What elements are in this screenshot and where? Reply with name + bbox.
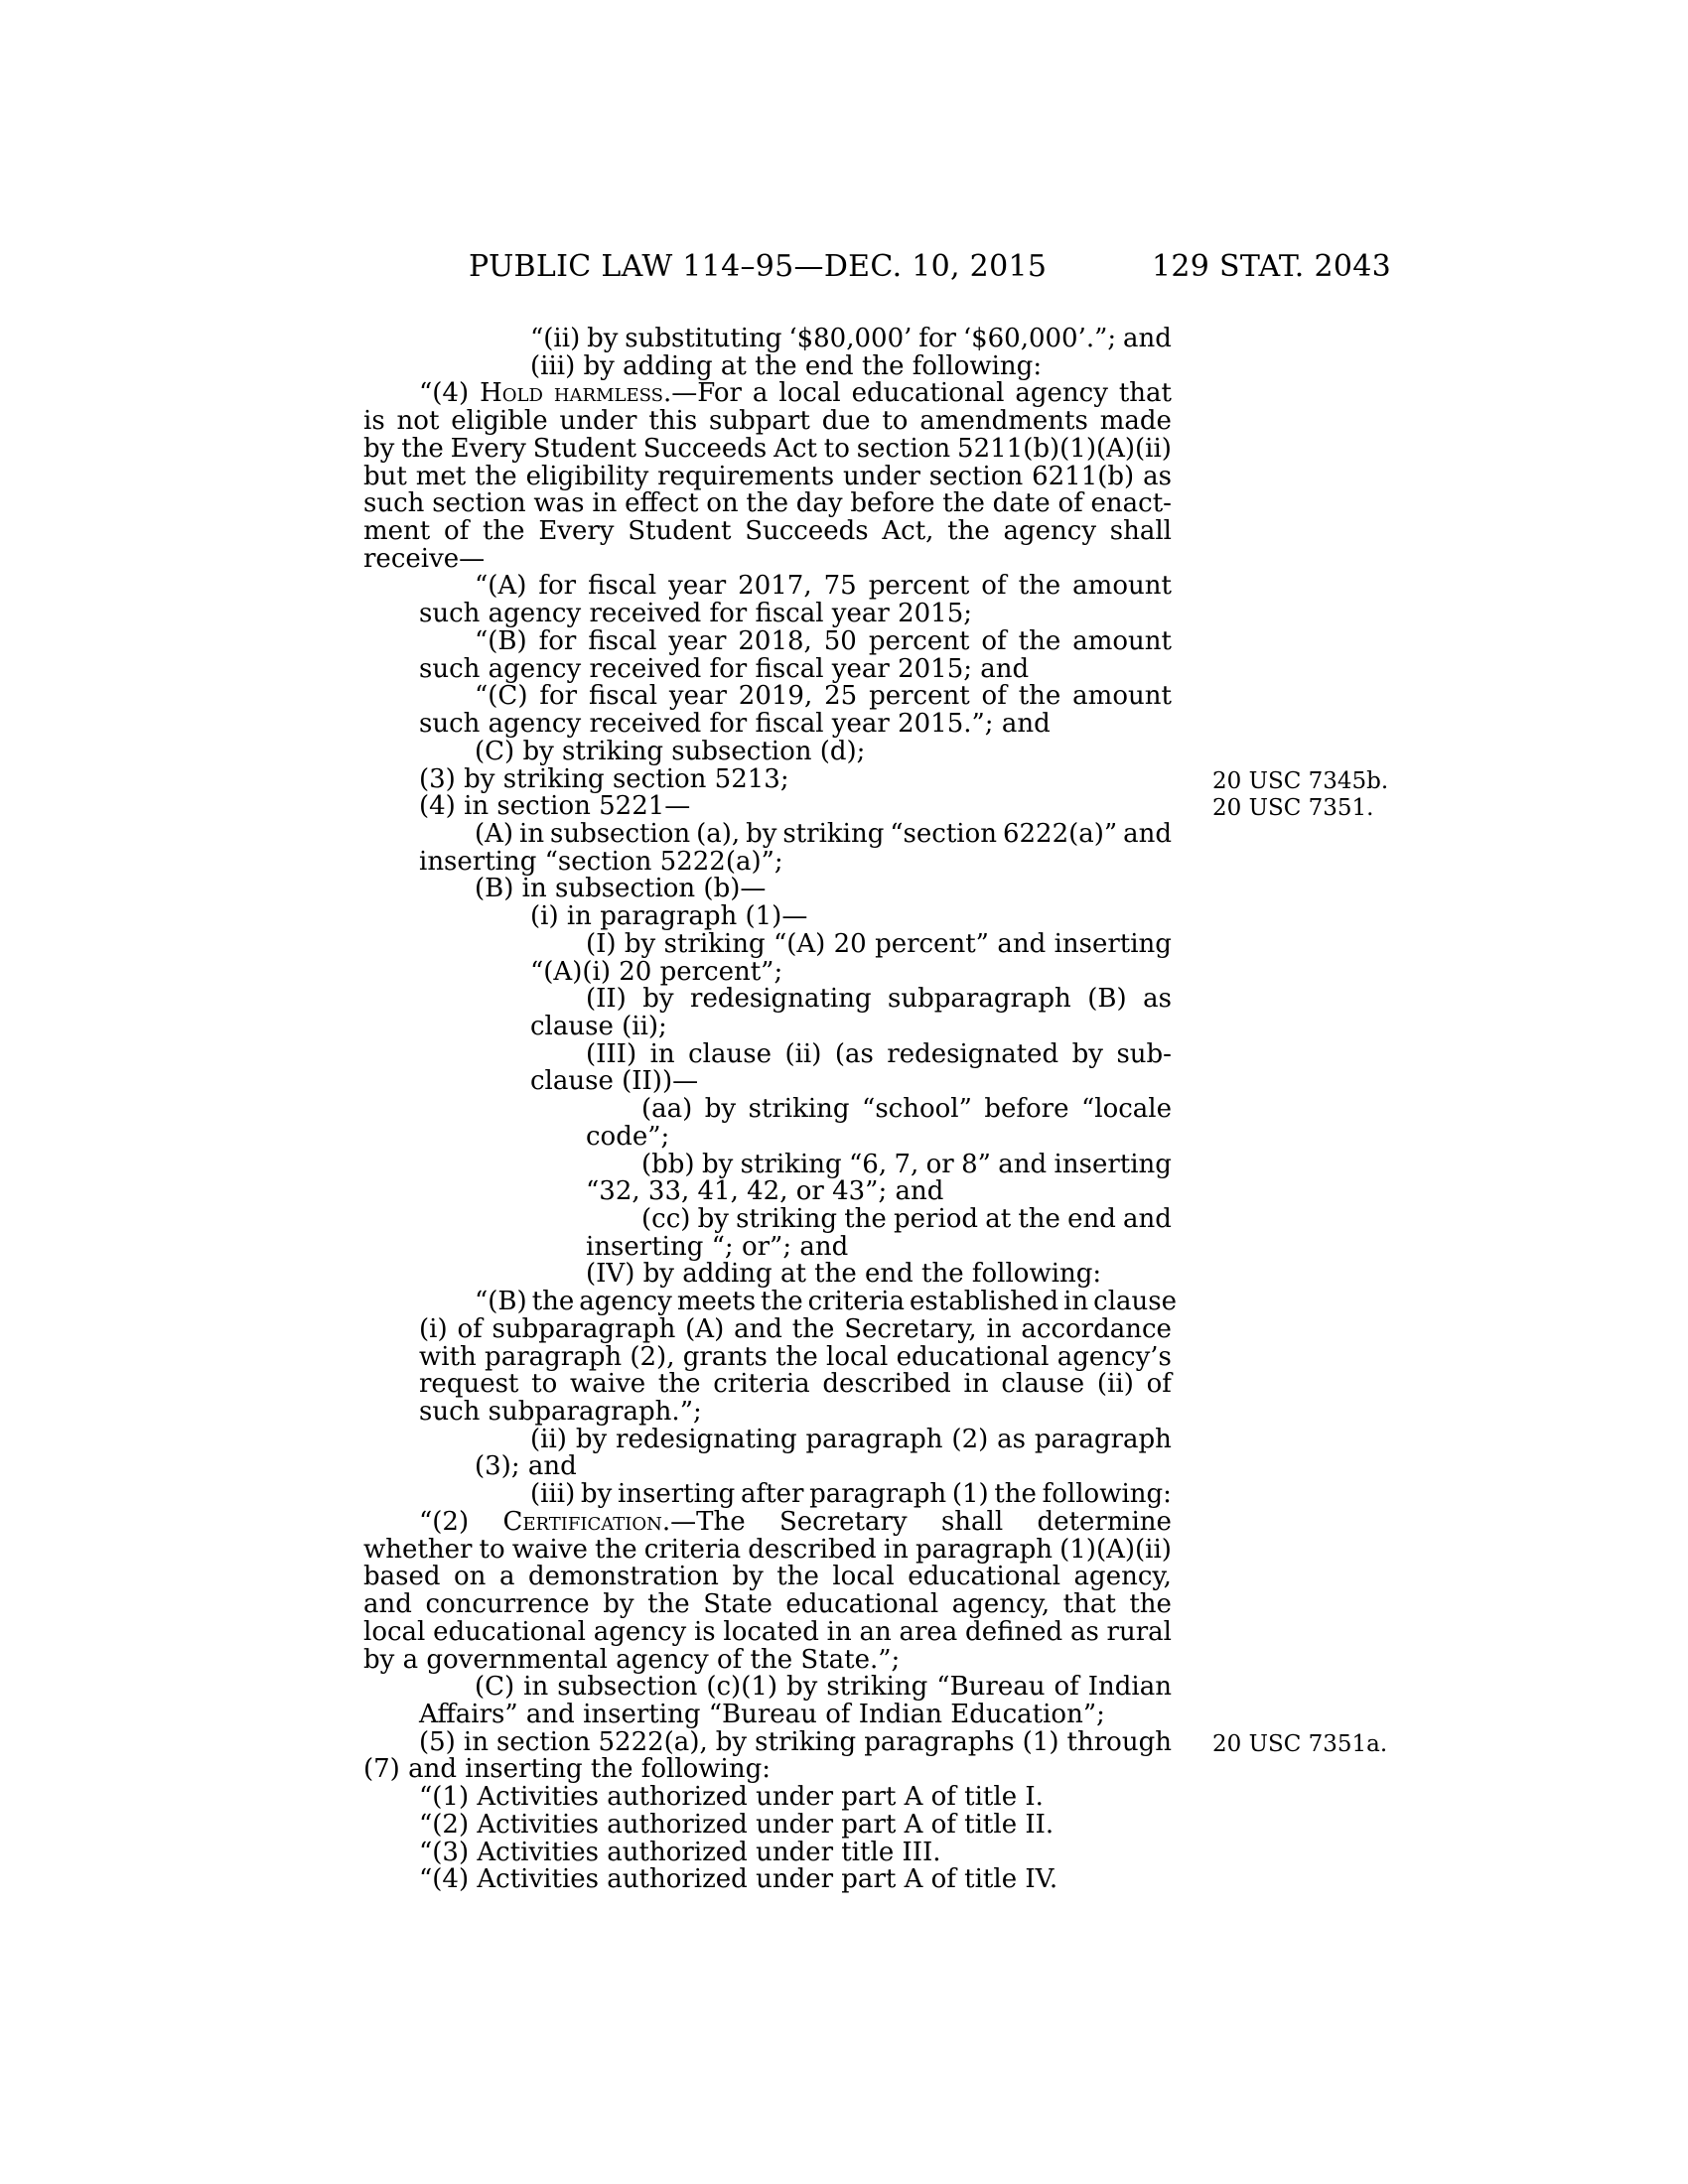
statute-word: Indian [1088,1674,1172,1702]
statute-line: “(B)forfiscalyear2018,50percentoftheamou… [363,628,1172,656]
statute-word: of [1054,1674,1078,1702]
statute-word: “(A) [475,573,526,601]
statute-word: agency [1015,380,1108,408]
statute-word: amount [1072,628,1172,656]
statute-word: (ii) [530,1427,567,1454]
statute-word: determine [1038,1509,1172,1537]
statute-word: a [499,1564,515,1591]
statute-word: educational [852,380,1005,408]
statute-word: substituting [625,326,781,353]
statute-line: “(A)(i) 20 percent”; [363,959,1172,987]
statute-word: Every [538,518,614,546]
statute-word: and [997,931,1046,959]
statute-word: 50 [824,628,857,656]
statute-word: percent [869,683,970,711]
statute-word: shall [941,1509,1003,1537]
statute-word: the [775,1344,818,1372]
statute-word: (aa) [641,1096,692,1124]
statute-word: (I) [586,931,617,959]
statute-page: PUBLIC LAW 114–95—DEC. 10, 2015 129 STAT… [0,0,1688,2184]
statute-word: agency’s [1057,1344,1172,1372]
margin-note-usc-citation: 20 USC 7351a. [1212,1732,1387,1757]
statute-line: (i)ofsubparagraph(A)andtheSecretary,inac… [363,1316,1172,1344]
statute-word: enact- [1091,490,1172,518]
statute-word: inserting [1055,1152,1172,1179]
statute-word: of [981,573,1006,601]
statute-line: “(A)forfiscalyear2017,75percentoftheamou… [363,573,1172,601]
statute-line: “(4)Holdharmless.—Foralocaleducationalag… [363,380,1172,408]
statute-line: “(2)Certification.—TheSecretaryshalldete… [363,1509,1172,1537]
statute-word: and [734,1316,782,1344]
statute-word: striking [782,821,884,849]
statute-word: in [592,490,617,518]
statute-word: 5211(b)(1)(A)(ii) [957,436,1172,464]
statute-word: through [1067,1729,1172,1757]
statute-word: agency [1004,518,1097,546]
statute-word: “(C) [475,683,527,711]
statute-word: (c)(1) [706,1674,777,1702]
statute-word: fiscal [588,628,656,656]
statute-word: and [1123,326,1172,353]
statute-word: 25 [824,683,857,711]
statute-line: isnoteligibleunderthissubpartduetoamendm… [363,408,1172,436]
statute-line: “(B)theagencymeetsthecriteriaestablished… [363,1289,1172,1316]
statute-word: striking [736,1206,837,1234]
statute-word: striking [741,1152,842,1179]
statute-word: Student [533,436,636,464]
statute-word: local [826,1344,888,1372]
statute-word: subsection [550,821,690,849]
statute-word: paragraph [809,1481,946,1509]
statute-word: after [741,1481,803,1509]
statute-word: for [539,628,577,656]
statute-line: (IV) by adding at the end the following: [363,1261,1172,1289]
statute-word: section [432,490,525,518]
statute-word: (1) [952,1481,989,1509]
statute-word: (C) [475,1674,514,1702]
statute-word: of [1057,490,1082,518]
statute-word: subparagraph [492,1316,676,1344]
statute-word: section [857,436,950,464]
statute-line: Affairs” and inserting “Bureau of Indian… [363,1702,1172,1729]
statute-word: in [650,1041,675,1069]
statute-word: grants [683,1344,768,1372]
statute-word: year [669,683,727,711]
statute-word: in [986,1316,1011,1344]
statute-word: an [859,1619,891,1647]
statute-word: the [746,490,788,518]
statute-word: under [843,464,920,491]
statute-word: by [746,821,776,849]
statute-word: by [603,1591,633,1619]
statute-word: in [1063,1289,1088,1316]
statute-word: this [648,408,697,436]
statute-word: harmless.—For [554,380,742,408]
statute-word: the [647,1591,690,1619]
statute-word: by [587,326,618,353]
statute-word: 7, [894,1152,918,1179]
statute-word: inserting [1055,931,1172,959]
statute-word: in [523,1674,548,1702]
statute-word: fiscal [589,683,657,711]
statute-line: (III)inclause(ii)(asredesignatedbysub- [363,1041,1172,1069]
statute-line: (cc)bystrikingtheperiodattheendand [363,1206,1172,1234]
statute-word: (i) [419,1316,448,1344]
statute-line: basedonademonstrationbythelocaleducation… [363,1564,1172,1591]
statute-word: amount [1072,683,1172,711]
statute-word: of [444,518,469,546]
statute-word: not [397,408,440,436]
statute-word: of [1147,1371,1172,1399]
statute-word: educational [433,1619,586,1647]
statute-word: 2019, [739,683,812,711]
statute-word: as [1143,464,1172,491]
statute-word: defined [965,1619,1062,1647]
statute-word: Secretary [779,1509,908,1537]
statute-word: the [483,518,525,546]
statute-word: and [1123,1206,1172,1234]
statute-word: 6222(a)” [1003,821,1117,849]
statute-word: the [401,436,444,464]
statute-word: or [926,1152,954,1179]
statute-word: fiscal [588,573,656,601]
statute-word: the [792,1316,835,1344]
running-head-law-title: PUBLIC LAW 114–95—DEC. 10, 2015 [469,249,1047,284]
statute-word: date [993,490,1051,518]
statute-word: the [1019,683,1061,711]
statute-word: inserting [618,1481,735,1509]
statute-line: (4) in section 5221— [363,793,1172,821]
statute-word: agency, [1074,1564,1172,1591]
statute-line: inserting “section 5222(a)”; [363,849,1172,877]
statute-word: in [884,1537,909,1565]
statute-word: as [1070,1619,1099,1647]
statute-word: to [882,408,908,436]
statute-line: such agency received for fiscal year 201… [363,601,1172,628]
statute-word: such [363,490,424,518]
statute-word: “(4) [419,380,469,408]
statute-line: (aa)bystriking“school”before“locale [363,1096,1172,1124]
statute-word: eligible [451,408,547,436]
statute-word: shall [1110,518,1172,546]
statute-line: withparagraph(2),grantsthelocaleducation… [363,1344,1172,1372]
statute-word: subpart [709,408,810,436]
statute-line: such subparagraph.”; [363,1399,1172,1427]
statute-word: by [705,1096,736,1124]
statute-word: met [416,464,467,491]
statute-line: “(ii)bysubstituting‘$80,000’for‘$60,000’… [363,326,1172,353]
statute-line: (I)bystriking“(A)20percent”andinserting [363,931,1172,959]
statute-line: “(2) Activities authorized under part A … [363,1812,1172,1840]
statute-word: but [363,464,407,491]
statute-word: by [702,1152,733,1179]
statute-word: Every [451,436,526,464]
statute-word: (2), [630,1344,674,1372]
statute-line: “(C)forfiscalyear2019,25percentoftheamou… [363,683,1172,711]
statute-line: suchsectionwasineffectonthedaybeforethed… [363,490,1172,518]
statute-word: the [761,1289,803,1316]
statute-word: striking [664,931,766,959]
statute-word: 2017, [738,573,811,601]
statute-word: period [894,1206,978,1234]
statute-word: paragraph [485,1344,622,1372]
statute-word: by [363,436,394,464]
statute-word: ‘$60,000’.”; [963,326,1116,353]
statute-word: educational [785,1591,938,1619]
statute-word: Act [774,436,817,464]
statute-word: by [698,1206,729,1234]
statute-word: the [942,490,985,518]
statute-line: “(1) Activities authorized under part A … [363,1784,1172,1812]
statute-word: local [778,380,840,408]
statute-word: State [703,1591,773,1619]
statute-word: located [723,1619,819,1647]
statute-word: accordance [1021,1316,1172,1344]
statute-word: Secretary, [844,1316,976,1344]
statute-word: concurrence [425,1591,589,1619]
statute-word: sub- [1116,1041,1172,1069]
statute-word: Act, [882,518,933,546]
statute-word: the [595,1537,637,1565]
statute-word: local [832,1564,894,1591]
statute-line: (7) and inserting the following: [363,1756,1172,1784]
statute-word: described [822,1371,950,1399]
statute-word: “Bureau [936,1674,1045,1702]
statute-word: redesignating [616,1427,797,1454]
statute-word: ment [363,518,430,546]
statute-word: section [496,1729,590,1757]
statute-word: subsection [557,1674,697,1702]
statute-word: section [929,464,1023,491]
statute-word: the [947,518,990,546]
statute-word: the [1129,1591,1172,1619]
statute-line: (3); and [363,1453,1172,1481]
statute-line: “(3) Activities authorized under title I… [363,1840,1172,1867]
statute-word: striking [755,1729,856,1757]
statute-word: whether [363,1537,472,1565]
statute-line: (C)insubsection(c)(1)bystriking“Bureauof… [363,1674,1172,1702]
statute-word: percent” [875,931,989,959]
statute-word: paragraphs [864,1729,1014,1757]
statute-word: striking [749,1096,850,1124]
statute-word: meets [677,1289,756,1316]
statute-line: mentoftheEveryStudentSucceedsAct,theagen… [363,518,1172,546]
statute-word: to [480,1537,505,1565]
statute-word: criteria [644,1537,741,1565]
statute-line: inserting “; or”; and [363,1234,1172,1262]
statute-word: year [668,628,726,656]
statute-line: clause (II))— [363,1068,1172,1096]
statute-word: by [786,1674,817,1702]
statute-word: at [985,1206,1011,1234]
statute-word: by [625,931,655,959]
margin-note-usc-citation: 20 USC 7351. [1212,796,1373,821]
statute-word: (II) [586,986,627,1014]
statute-word: (ii) [784,1041,821,1069]
statute-word: the [475,464,517,491]
statute-word: Succeeds [643,436,767,464]
statute-line: clause (ii); [363,1014,1172,1041]
statute-word: rural [1107,1619,1172,1647]
statute-word: following: [1043,1481,1172,1509]
statute-line: receive— [363,546,1172,574]
statute-word: eligibility [526,464,649,491]
statute-word: is [363,408,385,436]
statute-word: 2018, [738,628,811,656]
statute-line: (iii) by adding at the end the following… [363,353,1172,381]
statute-word: the [1018,1206,1060,1234]
statute-word: for [918,326,956,353]
statute-word: and [998,1152,1047,1179]
statute-word: striking [826,1674,927,1702]
statute-word: “(ii) [530,326,580,353]
statute-word: (A) [475,821,513,849]
statute-word: (2) [951,1427,988,1454]
statute-line: (ii)byredesignatingparagraph(2)asparagra… [363,1427,1172,1454]
statute-line: (B) in subsection (b)— [363,876,1172,903]
statute-line: andconcurrencebytheStateeducationalagenc… [363,1591,1172,1619]
statute-word: Hold [480,380,543,408]
statute-word: by [581,1481,612,1509]
statute-word: and [1123,821,1172,849]
statute-word: educational [908,1564,1060,1591]
statute-word: clause [688,1041,772,1069]
statute-word: established [910,1289,1058,1316]
statute-word: as [997,1427,1026,1454]
statute-word: 5222(a), [599,1729,708,1757]
statute-word: paragraph [915,1537,1053,1565]
statute-text-column: “(ii)bysubstituting‘$80,000’for‘$60,000’… [363,326,1172,1894]
statute-word: the [1019,628,1061,656]
statute-word: 20 [834,931,867,959]
statute-word: with [419,1344,477,1372]
statute-line: (A)insubsection(a),bystriking“section622… [363,821,1172,849]
statute-word: (1)(A)(ii) [1059,1537,1172,1565]
statute-word: clause [1001,1371,1084,1399]
statute-word: effect [625,490,698,518]
statute-word: under [559,408,636,436]
statute-word: redesignated [887,1041,1058,1069]
statute-word: by [716,1729,747,1757]
statute-word: (a), [696,821,740,849]
statute-word: agency, [952,1591,1050,1619]
statute-word: 6211(b) [1032,464,1134,491]
statute-line: (i) in paragraph (1)— [363,903,1172,931]
statute-word: agency [594,1619,687,1647]
statute-line: (bb)bystriking“6,7,or8”andinserting [363,1152,1172,1179]
statute-word: before [984,1096,1068,1124]
statute-word: Succeeds [745,518,868,546]
statute-word: is [694,1619,716,1647]
statute-word: 75 [824,573,857,601]
statute-word: (B) [1087,986,1126,1014]
statute-word: to [531,1371,557,1399]
statute-line: requesttowaivethecriteriadescribedinclau… [363,1371,1172,1399]
statute-word: (ii) [1097,1371,1134,1399]
statute-word: by [642,986,673,1014]
statute-line: “(4) Activities authorized under part A … [363,1866,1172,1894]
statute-word: by [576,1427,607,1454]
statute-word: that [1119,380,1172,408]
statute-word: request [419,1371,518,1399]
statute-word: “(B) [475,1289,527,1316]
statute-word: for [539,683,577,711]
statute-word: ‘$80,000’ [788,326,912,353]
statute-line: (iii)byinsertingafterparagraph(1)thefoll… [363,1481,1172,1509]
statute-word: Certification.—The [502,1509,745,1537]
statute-word: waive [512,1537,588,1565]
statute-line: whethertowaivethecriteriadescribedinpara… [363,1537,1172,1565]
statute-word: in [827,1619,852,1647]
statute-word: (III) [586,1041,636,1069]
statute-word: as [1143,986,1172,1014]
statute-word: “section [890,821,997,849]
statute-word: “6, [849,1152,887,1179]
statute-word: (5) [419,1729,456,1757]
statute-word: educational [897,1344,1050,1372]
statute-word: described [748,1537,876,1565]
statute-line: such agency received for fiscal year 201… [363,711,1172,739]
statute-word: the [776,1564,819,1591]
statute-word: on [454,1564,486,1591]
statute-line: (5)insection5222(a),bystrikingparagraphs… [363,1729,1172,1757]
statute-word: criteria [808,1289,905,1316]
statute-word: amendments [919,408,1088,436]
statute-word: of [981,628,1006,656]
statute-word: was [533,490,584,518]
statute-word: area [899,1619,957,1647]
margin-note-usc-citation: 20 USC 7345b. [1212,769,1388,794]
statute-word: a [753,380,769,408]
statute-line: bytheEveryStudentSucceedsActtosection521… [363,436,1172,464]
statute-word: in [964,1371,989,1399]
statute-word: due [822,408,871,436]
statute-word: the [994,1481,1037,1509]
statute-word: paragraph [1035,1427,1172,1454]
statute-word: in [464,1729,489,1757]
statute-word: year [668,573,726,601]
statute-word: of [457,1316,482,1344]
statute-word: for [538,573,576,601]
statute-line: (C) by striking subsection (d); [363,739,1172,766]
statute-word: day [796,490,843,518]
statute-word: and [363,1591,412,1619]
statute-word: “(B) [475,628,527,656]
statute-word: paragraph [805,1427,942,1454]
statute-word: to [824,436,850,464]
statute-word: (A) [685,1316,724,1344]
statute-word: (cc) [641,1206,690,1234]
statute-line: “32, 33, 41, 42, or 43”; and [363,1178,1172,1206]
statute-word: “(2) [419,1509,469,1537]
statute-word: on [706,490,738,518]
statute-line: localeducationalagencyislocatedinanaread… [363,1619,1172,1647]
statute-line: (3) by striking section 5213; [363,766,1172,794]
statute-word: by [732,1564,763,1591]
statute-word: based [363,1564,441,1591]
statute-word: made [1100,408,1172,436]
statute-word: the [844,1206,887,1234]
statute-word: Student [628,518,731,546]
statute-word: agency [579,1289,672,1316]
statute-word: local [363,1619,425,1647]
statute-word: criteria [713,1371,809,1399]
statute-word: in [519,821,544,849]
statute-word: the [658,1371,701,1399]
statute-word: (bb) [641,1152,695,1179]
statute-word: (iii) [530,1481,575,1509]
statute-word: the [1019,573,1061,601]
